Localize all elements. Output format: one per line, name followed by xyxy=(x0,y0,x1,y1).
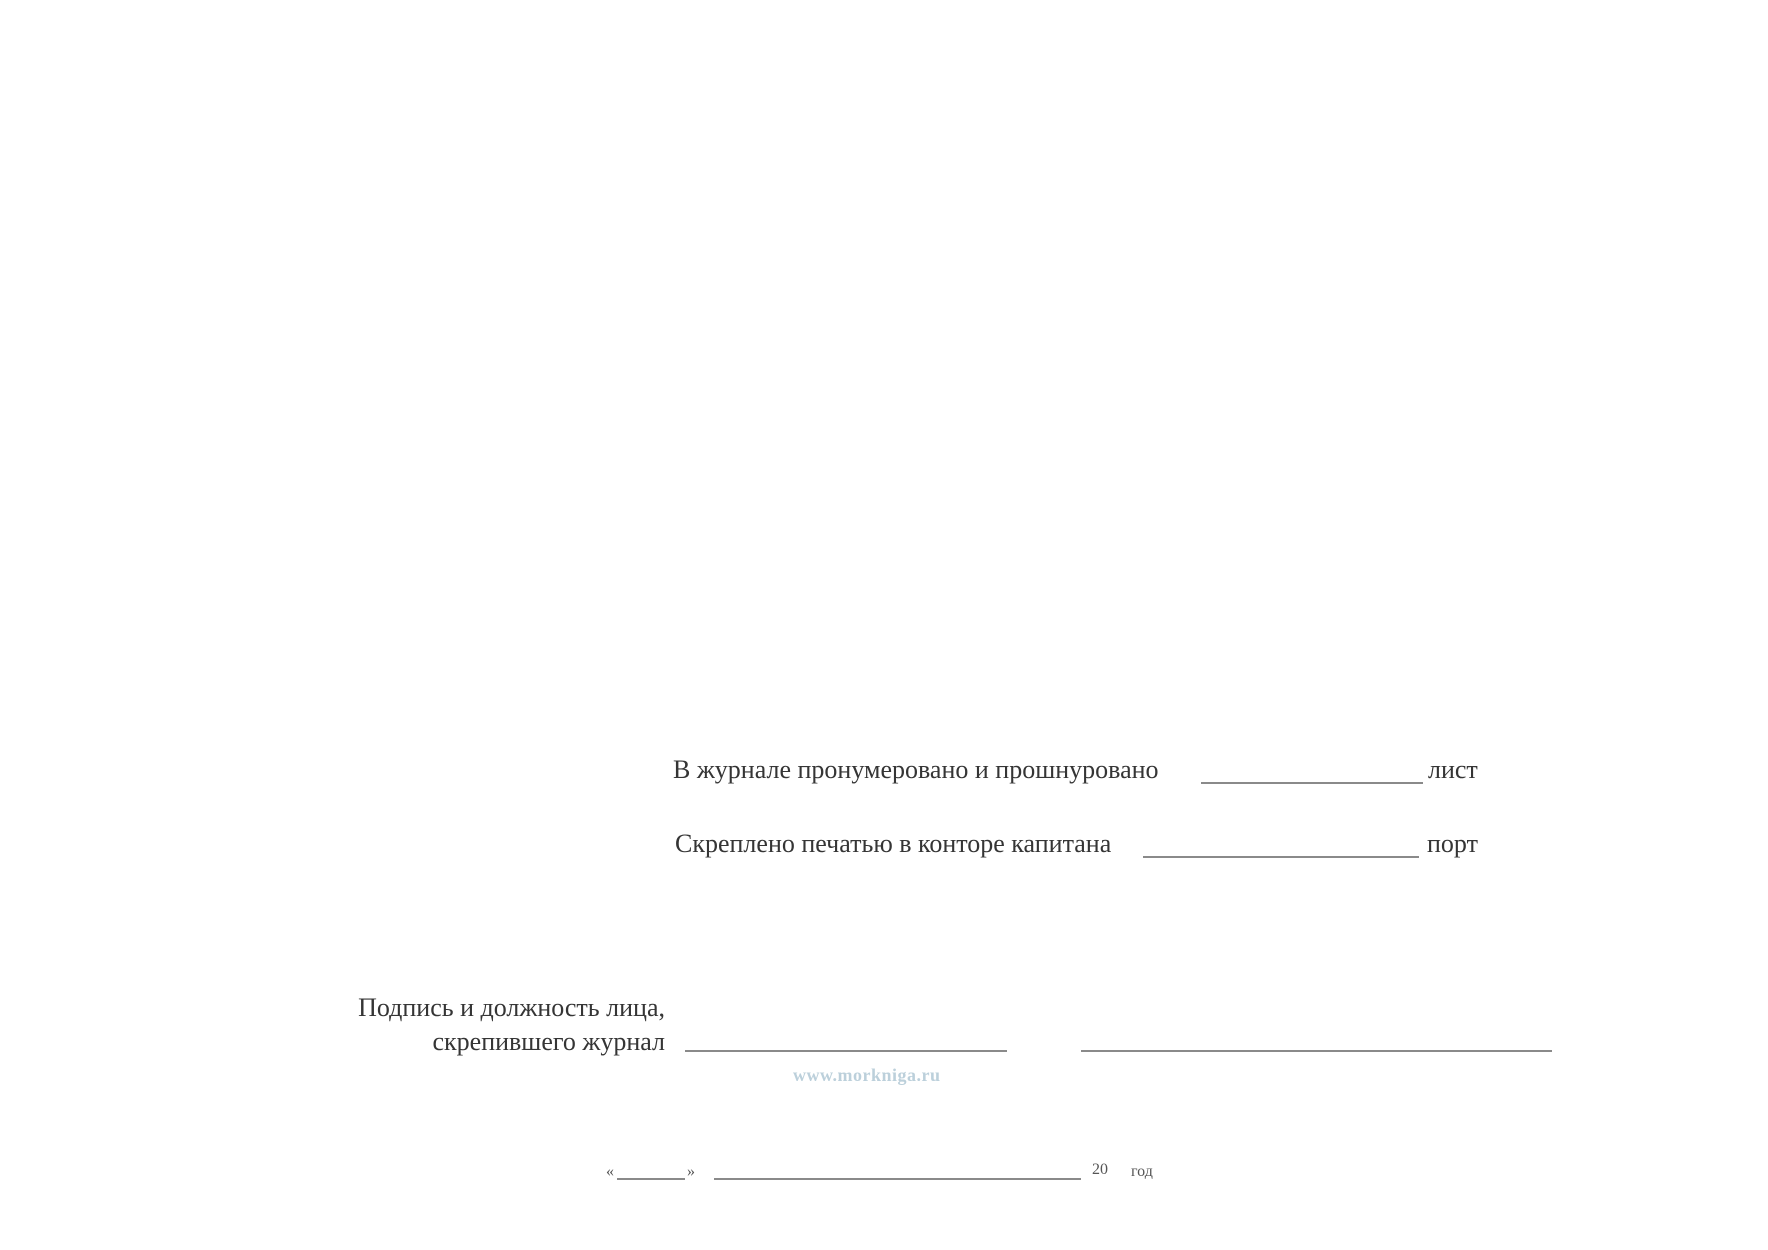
year-prefix: 20 xyxy=(1092,1162,1108,1178)
document-page: В журнале пронумеровано и прошнуровано л… xyxy=(0,0,1768,1250)
port-name-blank[interactable] xyxy=(1143,856,1419,858)
signature-label-line1: Подпись и должность лица, xyxy=(358,991,665,1025)
signature-label: Подпись и должность лица, скрепившего жу… xyxy=(358,991,665,1059)
signature-label-line2: скрепившего журнал xyxy=(358,1025,665,1059)
year-label: год xyxy=(1131,1164,1153,1180)
date-open-quote: « xyxy=(606,1164,614,1180)
port-label: порт xyxy=(1427,831,1478,857)
sheet-count-blank[interactable] xyxy=(1201,782,1423,784)
position-name-blank[interactable] xyxy=(1081,1050,1552,1052)
sealed-captain-office-label: Скреплено печатью в конторе капитана xyxy=(675,831,1111,857)
month-blank[interactable] xyxy=(714,1178,1081,1180)
sheet-label: лист xyxy=(1428,757,1478,783)
signature-blank[interactable] xyxy=(685,1050,1007,1052)
date-close-quote: » xyxy=(687,1164,695,1180)
day-blank[interactable] xyxy=(617,1178,685,1180)
numbered-laced-label: В журнале пронумеровано и прошнуровано xyxy=(673,757,1159,783)
watermark-text: www.morkniga.ru xyxy=(793,1066,941,1084)
